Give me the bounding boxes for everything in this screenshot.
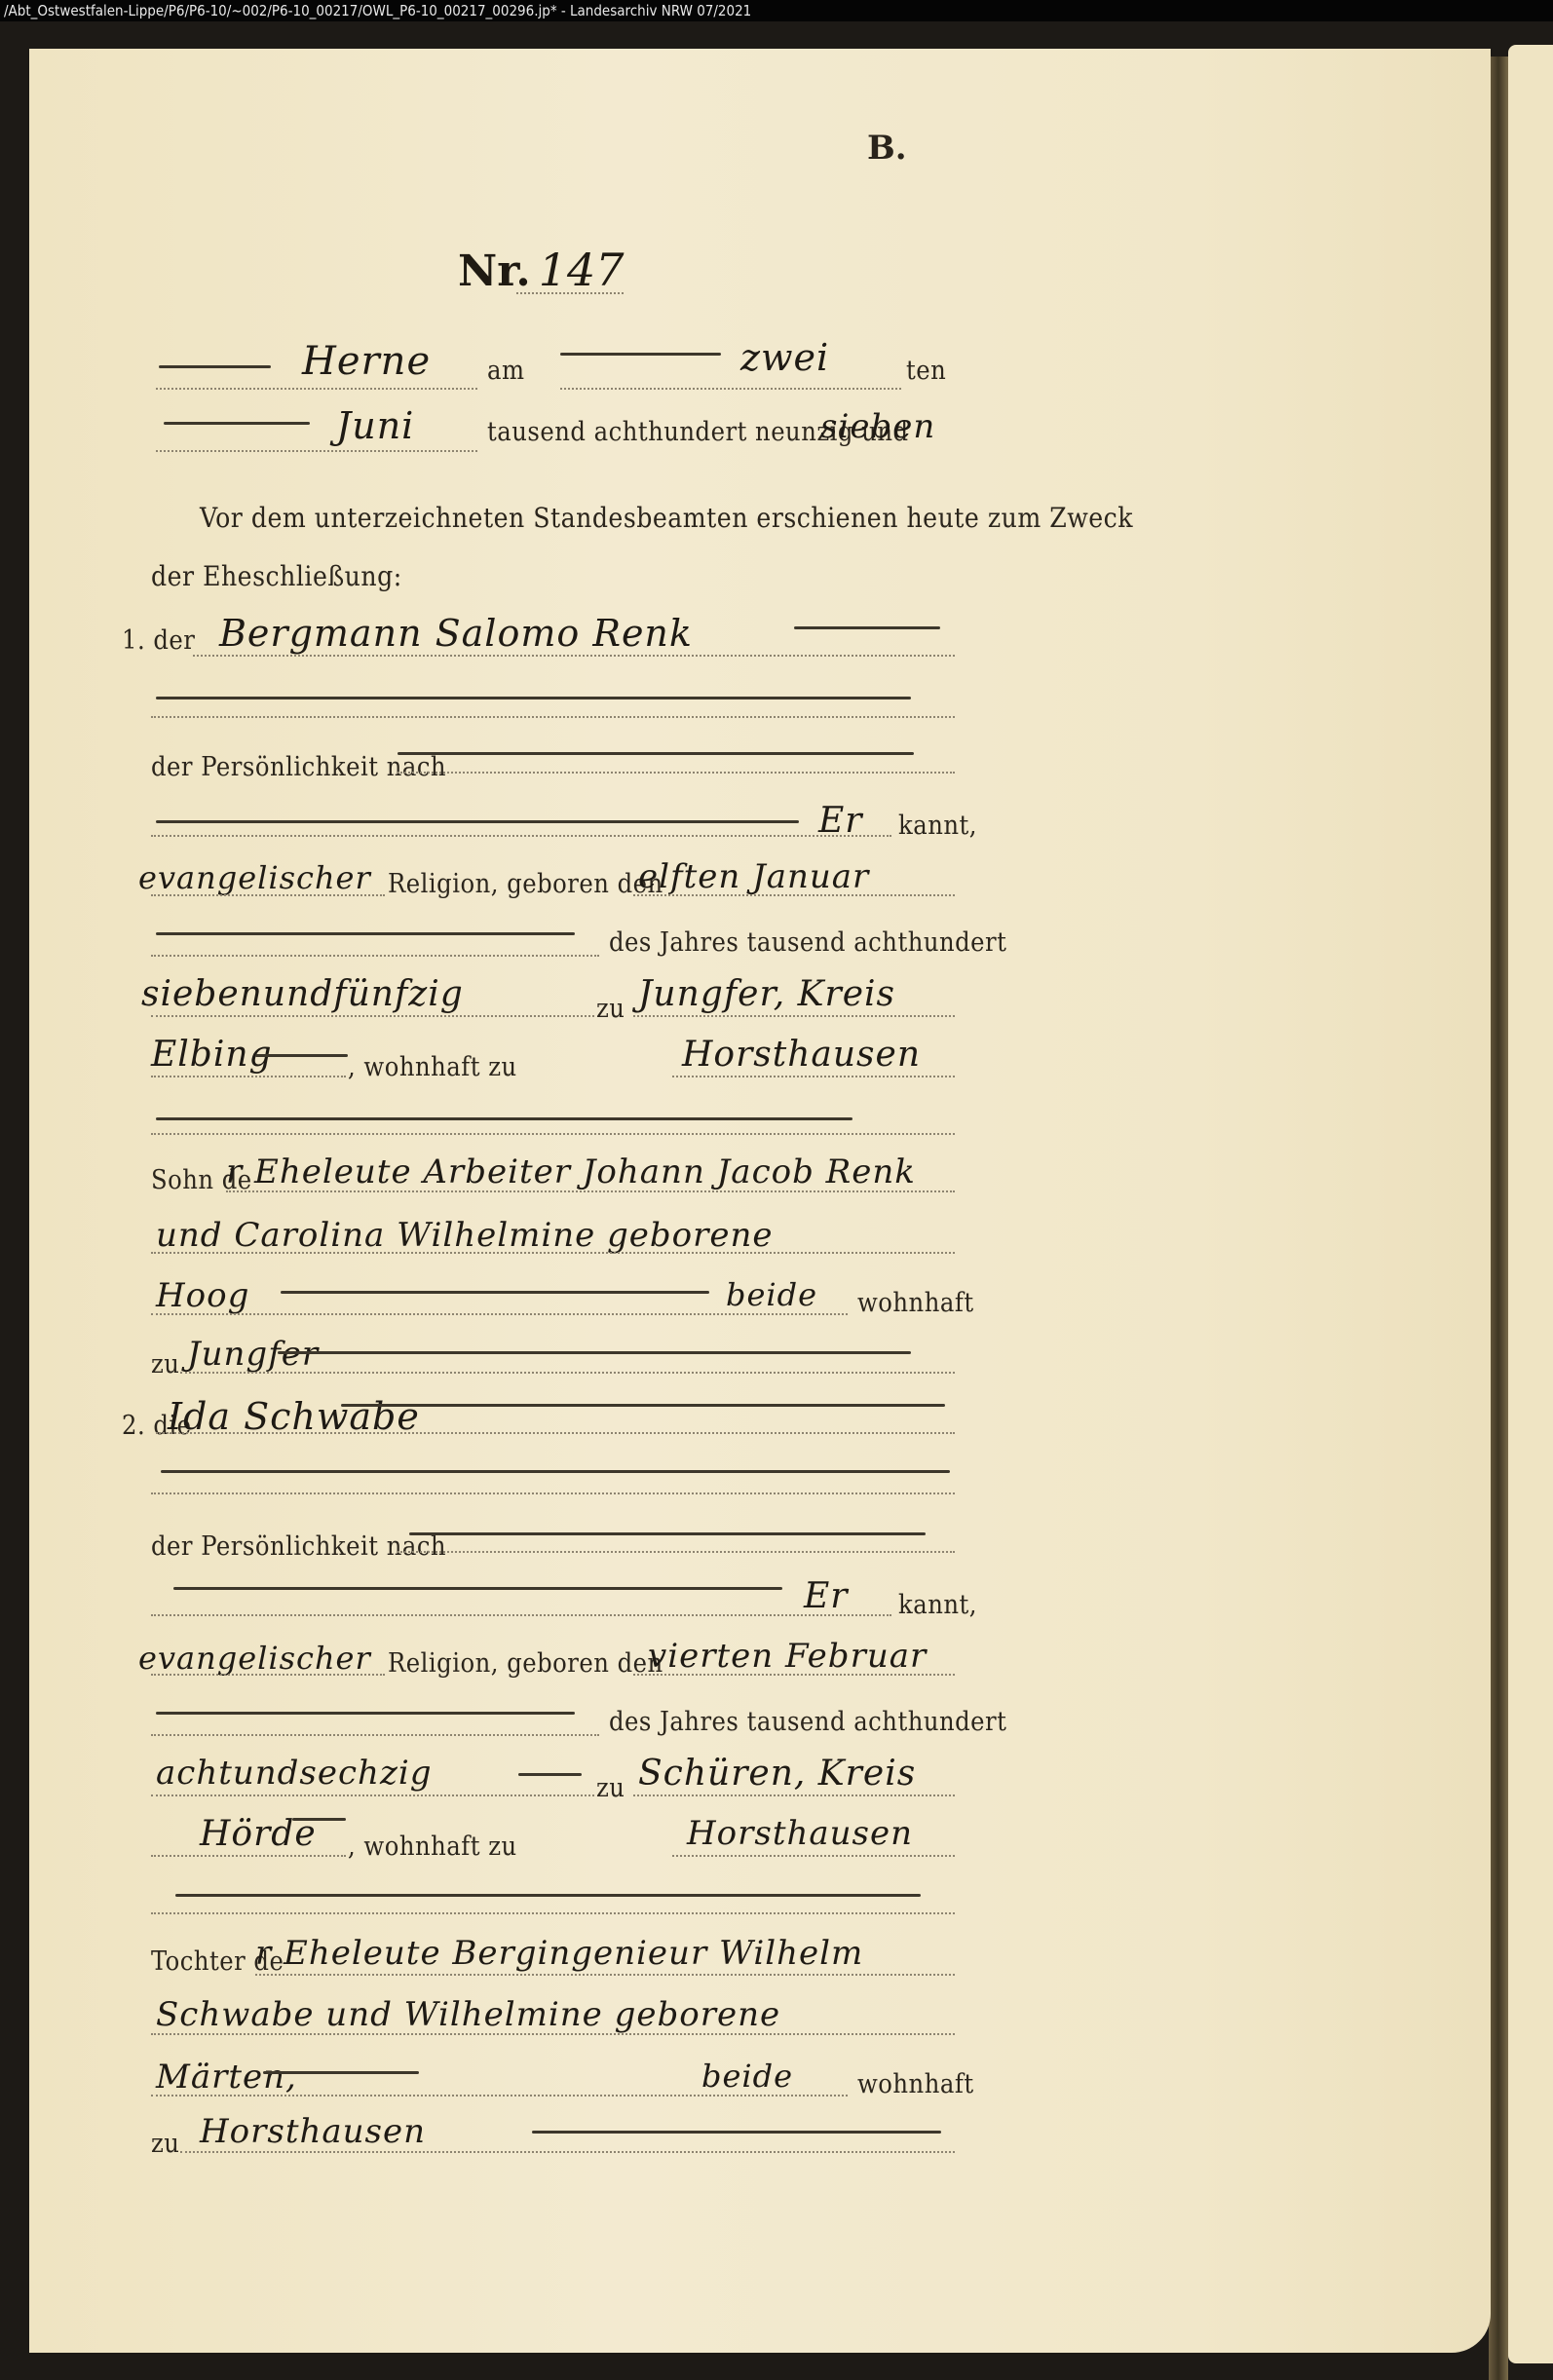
- dotted-line: [226, 1190, 955, 1192]
- dotted-line: [151, 1015, 594, 1017]
- groom-parents-line2: und Carolina Wilhelmine geborene: [156, 1216, 774, 1255]
- filler-stroke: [156, 1117, 852, 1120]
- form-letter: B.: [867, 129, 907, 168]
- bride-known-value: Er: [804, 1576, 849, 1616]
- filler-stroke: [156, 1712, 575, 1715]
- dotted-line: [398, 1551, 955, 1553]
- dotted-line: [633, 1674, 955, 1676]
- filler-stroke: [263, 2071, 419, 2074]
- dotted-line: [156, 388, 477, 390]
- groom-birth-date: elften Januar: [638, 857, 869, 896]
- window-title-bar: /Abt_Ostwestfalen-Lippe/P6/P6-10/~002/P6…: [0, 0, 1553, 21]
- dotted-line: [633, 1794, 955, 1796]
- am-label: am: [487, 356, 525, 386]
- bride-parents-zu-label: zu: [151, 2129, 179, 2159]
- groom-birth-place-2: Elbing: [151, 1035, 273, 1075]
- groom-religion-label: Religion, geboren den: [388, 869, 663, 899]
- filler-stroke: [518, 1773, 582, 1776]
- groom-known-label: kannt,: [898, 811, 977, 841]
- dotted-line: [151, 1674, 385, 1676]
- filler-stroke: [156, 932, 575, 935]
- dotted-line: [560, 388, 901, 390]
- dotted-line: [151, 1855, 346, 1857]
- groom-residence: Horsthausen: [682, 1035, 921, 1075]
- bride-known-label: kannt,: [898, 1590, 977, 1620]
- filler-stroke: [156, 697, 911, 699]
- bride-birth-place: Schüren, Kreis: [638, 1754, 916, 1794]
- dotted-line: [180, 2151, 955, 2153]
- dotted-line: [151, 1912, 955, 1914]
- filler-stroke: [156, 820, 799, 823]
- bride-identity-label: der Persönlichkeit nach: [151, 1531, 446, 1562]
- record-number-label: Nr.: [458, 246, 531, 296]
- groom-religion: evangelischer: [138, 859, 371, 896]
- dotted-line: [255, 1974, 955, 1976]
- intro-text-2: der Eheschließung:: [151, 560, 402, 592]
- dotted-line: [151, 2095, 848, 2097]
- filler-stroke: [532, 2131, 941, 2134]
- groom-parents-zu-label: zu: [151, 1349, 179, 1379]
- bride-birth-year: achtundsechzig: [156, 1754, 433, 1793]
- bride-parents-line3: Märten,: [156, 2058, 297, 2097]
- filler-stroke: [292, 1818, 346, 1821]
- groom-parents-line1: r Eheleute Arbeiter Johann Jacob Renk: [226, 1152, 916, 1191]
- groom-residence-label: , wohnhaft zu: [348, 1052, 517, 1082]
- bride-year-label: des Jahres tausend achthundert: [609, 1707, 1006, 1737]
- bride-religion-label: Religion, geboren den: [388, 1648, 663, 1679]
- dotted-line: [151, 955, 599, 957]
- bride-residence: Horsthausen: [687, 1814, 913, 1853]
- dotted-line: [151, 894, 385, 896]
- groom-zu-label: zu: [596, 994, 625, 1024]
- groom-prefix: 1. der: [122, 625, 195, 656]
- groom-birth-place: Jungfer, Kreis: [638, 974, 895, 1014]
- groom-birth-year: siebenundfünfzig: [141, 974, 464, 1014]
- number-dotted-line: [516, 292, 624, 294]
- window-title: /Abt_Ostwestfalen-Lippe/P6/P6-10/~002/P6…: [4, 2, 751, 19]
- book-gutter: [1489, 57, 1508, 2380]
- groom-identity-label: der Persönlichkeit nach: [151, 752, 446, 782]
- filler-stroke: [341, 1404, 945, 1407]
- dotted-line: [151, 1133, 955, 1135]
- filler-stroke: [175, 1894, 921, 1897]
- dotted-line: [151, 716, 955, 718]
- year-suffix-value: sieben: [820, 407, 935, 446]
- day-suffix: ten: [906, 356, 946, 386]
- groom-parents-residence: Jungfer: [187, 1335, 319, 1374]
- record-number: Nr.147: [458, 244, 625, 296]
- bride-residence-label: , wohnhaft zu: [348, 1832, 517, 1862]
- dotted-line: [398, 772, 955, 774]
- dotted-line: [633, 894, 955, 896]
- bride-religion: evangelischer: [138, 1640, 371, 1677]
- dotted-line: [151, 835, 891, 837]
- dotted-line: [151, 1492, 955, 1494]
- bride-zu-label: zu: [596, 1773, 625, 1803]
- next-page-edge: [1508, 45, 1553, 2363]
- record-number-value: 147: [539, 244, 625, 296]
- dotted-line: [672, 1855, 955, 1857]
- day-value: zwei: [740, 336, 829, 379]
- bride-birth-date: vierten Februar: [648, 1637, 927, 1676]
- groom-name: Bergmann Salomo Renk: [219, 612, 693, 655]
- dotted-line: [151, 1252, 955, 1254]
- filler-stroke: [794, 626, 940, 629]
- dotted-line: [151, 1734, 599, 1736]
- dotted-line: [672, 1076, 955, 1077]
- dotted-line: [151, 2033, 955, 2035]
- filler-stroke: [164, 422, 310, 425]
- filler-stroke: [173, 1587, 782, 1590]
- groom-year-label: des Jahres tausend achthundert: [609, 927, 1006, 958]
- month-value: Juni: [336, 404, 414, 447]
- dotted-line: [633, 1015, 955, 1017]
- filler-stroke: [159, 365, 271, 368]
- dotted-line: [193, 655, 955, 657]
- dotted-line: [151, 1076, 346, 1077]
- place-value: Herne: [302, 339, 431, 384]
- filler-stroke: [255, 1054, 348, 1057]
- filler-stroke: [560, 353, 721, 356]
- filler-stroke: [398, 752, 914, 755]
- groom-parents-status: beide: [726, 1276, 817, 1313]
- bleed-through-text: [370, 136, 379, 169]
- groom-parents-line3: Hoog: [156, 1276, 249, 1315]
- dotted-line: [156, 450, 477, 452]
- dotted-line: [151, 1614, 891, 1616]
- filler-stroke: [281, 1291, 709, 1294]
- bride-parents-residence-label: wohnhaft: [857, 2069, 974, 2099]
- filler-stroke: [278, 1351, 911, 1354]
- dotted-line: [156, 1432, 955, 1434]
- groom-parents-residence-label: wohnhaft: [857, 1288, 974, 1318]
- dotted-line: [151, 1794, 594, 1796]
- bride-parents-status: beide: [701, 2058, 793, 2095]
- dotted-line: [151, 1313, 848, 1315]
- filler-stroke: [161, 1470, 950, 1473]
- bride-parents-line2: Schwabe und Wilhelmine geborene: [156, 1995, 780, 2034]
- intro-text: Vor dem unterzeichneten Standesbeamten e…: [200, 502, 1133, 534]
- bride-parents-line1: r Eheleute Bergingenieur Wilhelm: [255, 1934, 863, 1973]
- bride-parents-residence: Horsthausen: [200, 2112, 426, 2151]
- dotted-line: [180, 1372, 955, 1374]
- filler-stroke: [409, 1532, 926, 1535]
